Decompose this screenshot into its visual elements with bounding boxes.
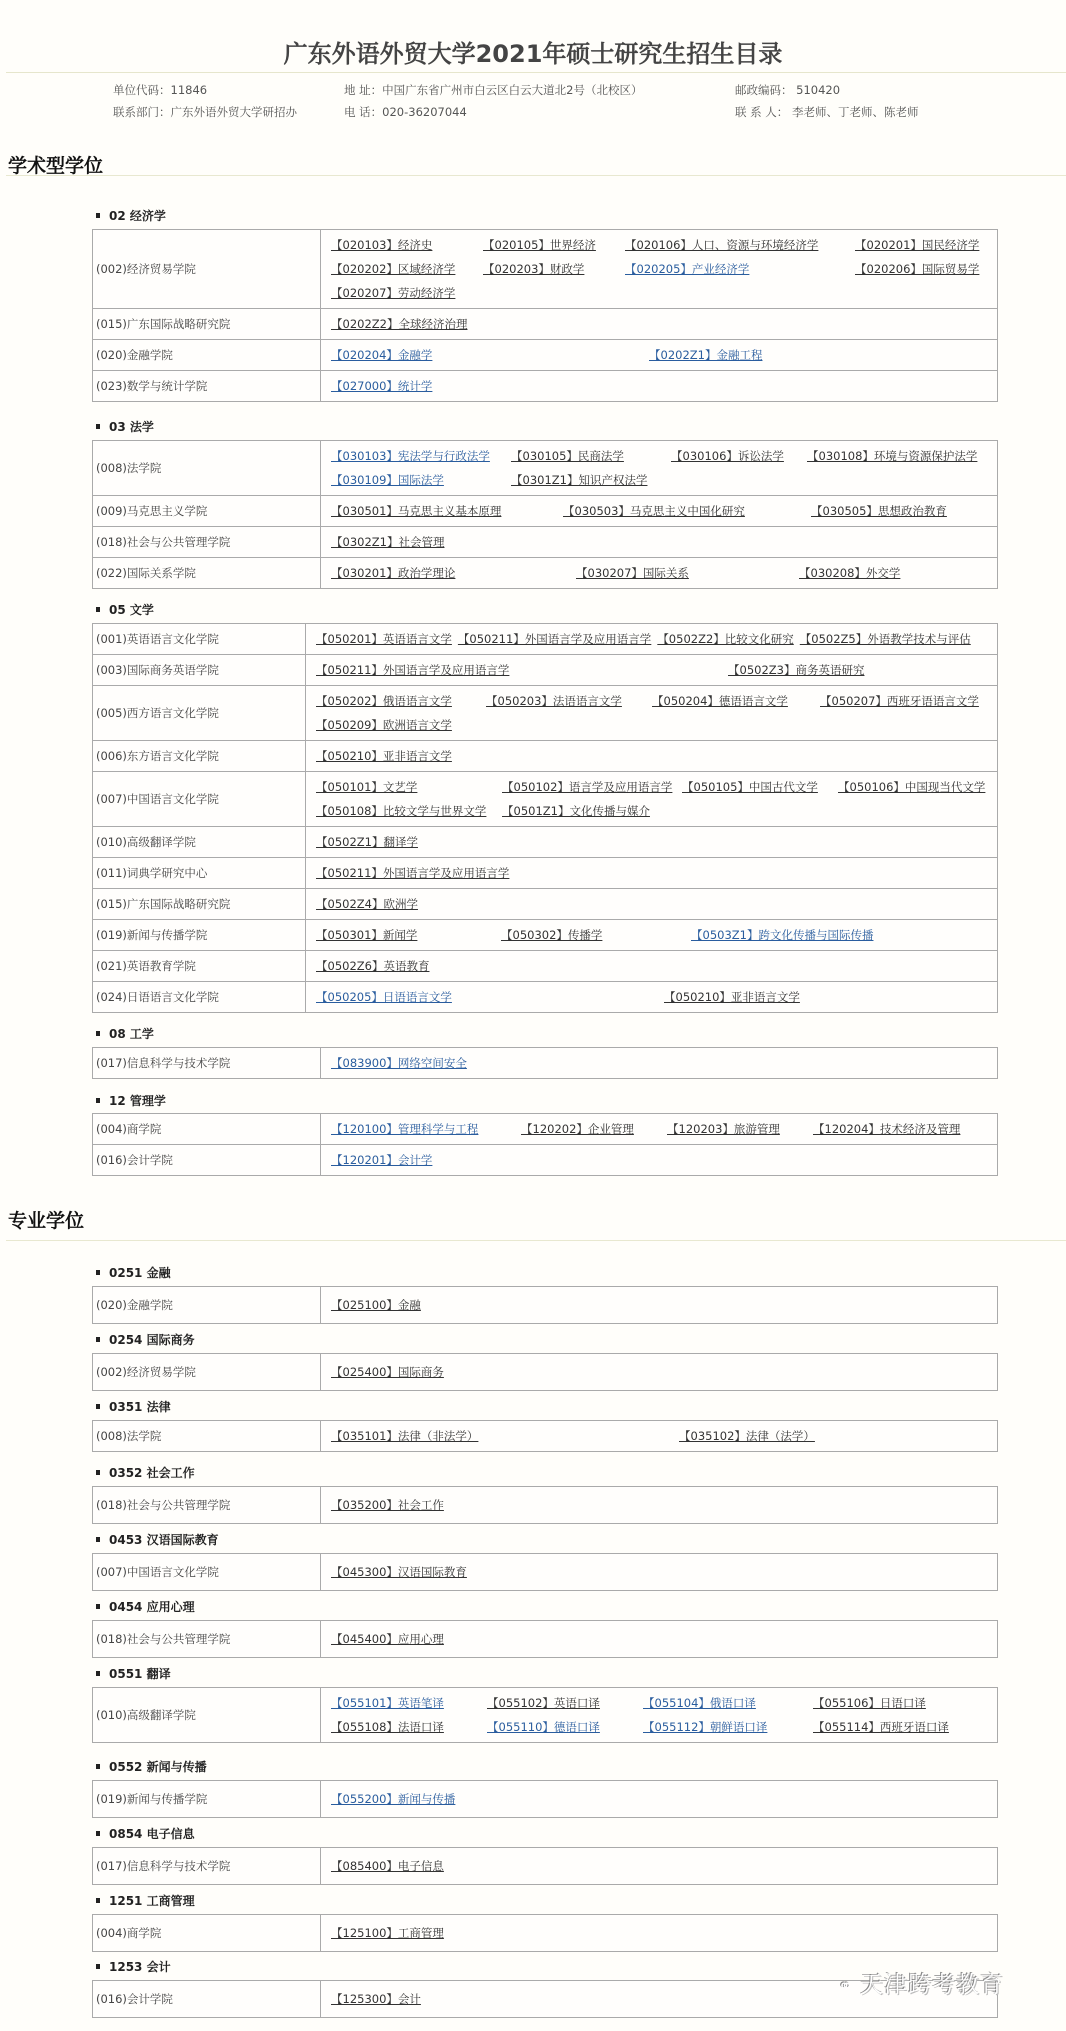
programs-cell: 【045300】汉语国际教育 [321,1554,998,1591]
department-cell: (009)马克思主义学院 [93,496,321,527]
program-table: (020)金融学院【025100】金融 [92,1286,998,1324]
unit-code: 单位代码：11846 [113,82,207,98]
bullet-icon [96,607,100,612]
program-table: (001)英语语言文化学院【050201】英语语言文学【050211】外国语言学… [92,623,998,1013]
category-heading: 0352 社会工作 [96,1464,195,1481]
program-line: 【055200】新闻与传播 [331,1787,997,1811]
category-label: 02 经济学 [109,209,166,223]
program-link[interactable]: 【050302】传播学 [501,927,691,943]
category-label: 08 工学 [109,1027,154,1041]
program-link[interactable]: 【020203】财政学 [483,261,625,277]
department-cell: (001)英语语言文化学院 [93,624,306,655]
program-link[interactable]: 【030505】思想政治教育 [811,503,947,519]
program-line: 【0502Z4】欧洲学 [316,892,997,916]
section-title-professional: 专业学位 [8,1206,84,1233]
program-table: (019)新闻与传播学院【055200】新闻与传播 [92,1780,998,1818]
program-link[interactable]: 【050207】西班牙语语言文学 [820,693,979,709]
table-row: (016)会计学院【120201】会计学 [93,1145,998,1176]
bullet-icon [96,1470,100,1475]
bullet-icon [96,1098,100,1103]
programs-cell: 【050301】新闻学【050302】传播学【0503Z1】跨文化传播与国际传播 [306,920,998,951]
department-cell: (008)法学院 [93,1421,321,1452]
category-heading: 0453 汉语国际教育 [96,1531,219,1548]
program-link[interactable]: 【050210】亚非语言文学 [664,989,800,1005]
program-link[interactable]: 【020206】国际贸易学 [855,261,979,277]
program-link[interactable]: 【0502Z4】欧洲学 [316,896,634,912]
department-cell: (020)金融学院 [93,1287,321,1324]
program-link[interactable]: 【055102】英语口译 [487,1695,643,1711]
page-title: 广东外语外贸大学2021年硕士研究生招生目录 [0,34,1066,69]
program-link[interactable]: 【027000】统计学 [331,378,649,394]
category-heading: 03 法学 [96,418,154,435]
program-line: 【045400】应用心理 [331,1627,997,1651]
program-line: 【030501】马克思主义基本原理【030503】马克思主义中国化研究【0305… [331,499,997,523]
program-link[interactable]: 【050204】德语语言文学 [652,693,820,709]
program-line: 【050211】外国语言学及应用语言学【0502Z3】商务英语研究 [316,658,997,682]
table-row: (020)金融学院【025100】金融 [93,1287,998,1324]
category-label: 0551 翻译 [109,1667,171,1681]
contact-dept: 联系部门：广东外语外贸大学研招办 [113,104,297,120]
programs-cell: 【0502Z6】英语教育 [306,951,998,982]
department-cell: (024)日语语言文化学院 [93,982,306,1013]
department-cell: (003)国际商务英语学院 [93,655,306,686]
table-row: (006)东方语言文化学院【050210】亚非语言文学 [93,741,998,772]
program-line: 【083900】网络空间安全 [331,1051,997,1075]
table-row: (019)新闻与传播学院【055200】新闻与传播 [93,1781,998,1818]
category-heading: 05 文学 [96,601,154,618]
program-link[interactable]: 【050209】欧洲语言文学 [316,717,486,733]
department-cell: (010)高级翻译学院 [93,827,306,858]
bullet-icon [96,1404,100,1409]
program-link[interactable]: 【055112】朝鲜语口译 [643,1719,813,1735]
program-line: 【050101】文艺学【050102】语言学及应用语言学【050105】中国古代… [316,775,997,799]
bullet-icon [96,1964,100,1969]
category-heading: 1251 工商管理 [96,1892,195,1909]
category-heading: 0351 法律 [96,1398,171,1415]
category-heading: 0854 电子信息 [96,1825,195,1842]
program-line: 【0302Z1】社会管理 [331,530,997,554]
programs-cell: 【0202Z2】全球经济治理 [321,309,998,340]
department-cell: (017)信息科学与技术学院 [93,1848,321,1885]
bullet-icon [96,1671,100,1676]
category-heading: 0251 金融 [96,1264,171,1281]
program-table: (017)信息科学与技术学院【085400】电子信息 [92,1847,998,1885]
department-cell: (004)商学院 [93,1915,321,1952]
program-link[interactable]: 【030208】外交学 [799,565,900,581]
program-line: 【050211】外国语言学及应用语言学 [316,861,997,885]
category-label: 0254 国际商务 [109,1333,195,1347]
program-link[interactable]: 【050102】语言学及应用语言学 [502,779,682,795]
section-title-academic: 学术型学位 [8,151,103,178]
program-link[interactable]: 【050108】比较文学与世界文学 [316,803,502,819]
program-link[interactable]: 【0501Z1】文化传播与媒介 [502,803,682,819]
program-line: 【0502Z6】英语教育 [316,954,997,978]
table-row: (005)西方语言文化学院【050202】俄语语言文学【050203】法语语言文… [93,686,998,741]
postcode: 邮政编码： 510420 [735,82,840,98]
department-cell: (017)信息科学与技术学院 [93,1048,321,1079]
category-label: 0552 新闻与传播 [109,1760,207,1774]
programs-cell: 【045400】应用心理 [321,1621,998,1658]
department-cell: (010)高级翻译学院 [93,1688,321,1743]
program-line: 【025400】国际商务 [331,1360,997,1384]
table-row: (023)数学与统计学院【027000】统计学 [93,371,998,402]
programs-cell: 【050211】外国语言学及应用语言学【0502Z3】商务英语研究 [306,655,998,686]
program-line: 【055101】英语笔译【055102】英语口译【055104】俄语口译【055… [331,1691,997,1715]
department-cell: (023)数学与统计学院 [93,371,321,402]
program-line: 【0502Z1】翻译学 [316,830,997,854]
program-line: 【050210】亚非语言文学 [316,744,997,768]
section-divider [6,1240,1066,1241]
category-label: 12 管理学 [109,1094,166,1108]
table-row: (008)法学院【030103】宪法学与行政法学【030105】民商法学【030… [93,441,998,496]
program-line: 【050205】日语语言文学【050210】亚非语言文学 [316,985,997,1009]
bullet-icon [96,1337,100,1342]
program-line: 【035101】法律（非法学）【035102】法律（法学） [331,1424,997,1448]
table-row: (007)中国语言文化学院【045300】汉语国际教育 [93,1554,998,1591]
department-cell: (002)经济贸易学院 [93,1354,321,1391]
category-heading: 08 工学 [96,1025,154,1042]
program-link[interactable]: 【030106】诉讼法学 [671,448,807,464]
programs-cell: 【027000】统计学 [321,371,998,402]
table-row: (018)社会与公共管理学院【0302Z1】社会管理 [93,527,998,558]
program-link[interactable]: 【020201】国民经济学 [855,237,979,253]
table-row: (011)词典学研究中心【050211】外国语言学及应用语言学 [93,858,998,889]
programs-cell: 【050205】日语语言文学【050210】亚非语言文学 [306,982,998,1013]
programs-cell: 【120201】会计学 [321,1145,998,1176]
program-line: 【045300】汉语国际教育 [331,1560,997,1584]
program-line: 【020204】金融学【0202Z1】金融工程 [331,343,997,367]
category-heading: 0454 应用心理 [96,1598,195,1615]
section-divider [6,175,1066,176]
program-link[interactable]: 【055104】俄语口译 [643,1695,813,1711]
table-row: (002)经济贸易学院【020103】经济史【020105】世界经济【02010… [93,230,998,309]
programs-cell: 【085400】电子信息 [321,1848,998,1885]
program-link[interactable]: 【0502Z2】比较文化研究 [657,631,793,647]
program-table: (018)社会与公共管理学院【035200】社会工作 [92,1486,998,1524]
program-link[interactable]: 【020103】经济史 [331,237,483,253]
program-link[interactable]: 【030503】马克思主义中国化研究 [563,503,811,519]
program-link[interactable]: 【050106】中国现当代文学 [838,779,985,795]
category-label: 05 文学 [109,603,154,617]
program-line: 【120201】会计学 [331,1148,997,1172]
programs-cell: 【035200】社会工作 [321,1487,998,1524]
bullet-icon [96,1898,100,1903]
department-cell: (020)金融学院 [93,340,321,371]
programs-cell: 【035101】法律（非法学）【035102】法律（法学） [321,1421,998,1452]
program-link[interactable]: 【030105】民商法学 [511,448,671,464]
bullet-icon [96,1604,100,1609]
programs-cell: 【030501】马克思主义基本原理【030503】马克思主义中国化研究【0305… [321,496,998,527]
bullet-icon [96,1537,100,1542]
programs-cell: 【020204】金融学【0202Z1】金融工程 [321,340,998,371]
program-line: 【025100】金融 [331,1293,997,1317]
category-label: 0251 金融 [109,1266,171,1280]
program-line: 【020207】劳动经济学 [331,281,997,305]
program-table: (002)经济贸易学院【025400】国际商务 [92,1353,998,1391]
phone: 电 话：020-36207044 [344,104,467,120]
program-table: (017)信息科学与技术学院【083900】网络空间安全 [92,1047,998,1079]
program-link[interactable]: 【055101】英语笔译 [331,1695,487,1711]
program-line: 【0202Z2】全球经济治理 [331,312,997,336]
program-link[interactable]: 【020205】产业经济学 [625,261,855,277]
program-link[interactable]: 【025400】国际商务 [331,1364,649,1380]
table-row: (008)法学院【035101】法律（非法学）【035102】法律（法学） [93,1421,998,1452]
program-link[interactable]: 【030201】政治学理论 [331,565,576,581]
program-link[interactable]: 【120202】企业管理 [521,1121,667,1137]
programs-cell: 【083900】网络空间安全 [321,1048,998,1079]
program-line: 【120100】管理科学与工程【120202】企业管理【120203】旅游管理【… [331,1117,997,1141]
programs-cell: 【0502Z1】翻译学 [306,827,998,858]
program-table: (004)商学院【120100】管理科学与工程【120202】企业管理【1202… [92,1113,998,1176]
category-heading: 1253 会计 [96,1958,171,1975]
program-link[interactable]: 【055200】新闻与传播 [331,1791,649,1807]
bullet-icon [96,424,100,429]
table-row: (007)中国语言文化学院【050101】文艺学【050102】语言学及应用语言… [93,772,998,827]
table-row: (004)商学院【125100】工商管理 [93,1915,998,1952]
program-link[interactable]: 【0502Z1】翻译学 [316,834,634,850]
contact-person: 联 系 人： 李老师、丁老师、陈老师 [735,104,918,120]
category-label: 1251 工商管理 [109,1894,195,1908]
program-link[interactable]: 【030103】宪法学与行政法学 [331,448,511,464]
department-cell: (006)东方语言文化学院 [93,741,306,772]
table-row: (022)国际关系学院【030201】政治学理论【030207】国际关系【030… [93,558,998,589]
program-link[interactable]: 【120203】旅游管理 [667,1121,813,1137]
table-row: (015)广东国际战略研究院【0502Z4】欧洲学 [93,889,998,920]
program-link[interactable]: 【0503Z1】跨文化传播与国际传播 [691,927,873,943]
program-link[interactable]: 【0202Z1】金融工程 [649,347,762,363]
department-cell: (007)中国语言文化学院 [93,772,306,827]
program-link[interactable]: 【125100】工商管理 [331,1925,649,1941]
program-link[interactable]: 【025100】金融 [331,1297,649,1313]
program-link[interactable]: 【055108】法语口译 [331,1719,487,1735]
bullet-icon [96,1764,100,1769]
program-line: 【085400】电子信息 [331,1854,997,1878]
table-row: (024)日语语言文化学院【050205】日语语言文学【050210】亚非语言文… [93,982,998,1013]
program-link[interactable]: 【030207】国际关系 [576,565,799,581]
program-link[interactable]: 【020202】区域经济学 [331,261,483,277]
program-table: (010)高级翻译学院【055101】英语笔译【055102】英语口译【0551… [92,1687,998,1743]
programs-cell: 【050201】英语语言文学【050211】外国语言学及应用语言学【0502Z2… [306,624,998,655]
program-link[interactable]: 【050201】英语语言文学 [316,631,452,647]
department-cell: (022)国际关系学院 [93,558,321,589]
program-table: (008)法学院【035101】法律（非法学）【035102】法律（法学） [92,1420,998,1452]
bullet-icon [96,1270,100,1275]
program-line: 【055108】法语口译【055110】德语口译【055112】朝鲜语口译【05… [331,1715,997,1739]
category-heading: 0552 新闻与传播 [96,1758,207,1775]
program-link[interactable]: 【045400】应用心理 [331,1631,649,1647]
table-row: (018)社会与公共管理学院【045400】应用心理 [93,1621,998,1658]
program-link[interactable]: 【030109】国际法学 [331,472,511,488]
department-cell: (019)新闻与传播学院 [93,1781,321,1818]
program-line: 【030201】政治学理论【030207】国际关系【030208】外交学 [331,561,997,585]
program-link[interactable]: 【125300】会计 [331,1991,649,2007]
category-heading: 0551 翻译 [96,1665,171,1682]
department-cell: (004)商学院 [93,1114,321,1145]
title-divider [6,72,1066,73]
table-row: (020)金融学院【020204】金融学【0202Z1】金融工程 [93,340,998,371]
program-link[interactable]: 【050202】俄语语言文学 [316,693,486,709]
category-heading: 12 管理学 [96,1092,166,1109]
program-line: 【020202】区域经济学【020203】财政学【020205】产业经济学【02… [331,257,997,281]
table-row: (021)英语教育学院【0502Z6】英语教育 [93,951,998,982]
program-link[interactable]: 【0502Z3】商务英语研究 [728,662,864,678]
department-cell: (019)新闻与传播学院 [93,920,306,951]
programs-cell: 【0302Z1】社会管理 [321,527,998,558]
category-label: 0854 电子信息 [109,1827,195,1841]
program-link[interactable]: 【050211】外国语言学及应用语言学 [458,631,651,647]
department-cell: (008)法学院 [93,441,321,496]
program-table: (002)经济贸易学院【020103】经济史【020105】世界经济【02010… [92,229,998,402]
program-link[interactable]: 【120100】管理科学与工程 [331,1121,521,1137]
program-line: 【050108】比较文学与世界文学【0501Z1】文化传播与媒介 [316,799,997,823]
program-link[interactable]: 【0301Z1】知识产权法学 [511,472,647,488]
programs-cell: 【050202】俄语语言文学【050203】法语语言文学【050204】德语语言… [306,686,998,741]
table-row: (001)英语语言文化学院【050201】英语语言文学【050211】外国语言学… [93,624,998,655]
programs-cell: 【0502Z4】欧洲学 [306,889,998,920]
program-line: 【125100】工商管理 [331,1921,997,1945]
program-link[interactable]: 【055114】西班牙语口译 [813,1719,949,1735]
program-line: 【050201】英语语言文学【050211】外国语言学及应用语言学【0502Z2… [316,627,997,651]
programs-cell: 【055101】英语笔译【055102】英语口译【055104】俄语口译【055… [321,1688,998,1743]
programs-cell: 【050211】外国语言学及应用语言学 [306,858,998,889]
table-row: (002)经济贸易学院【025400】国际商务 [93,1354,998,1391]
program-link[interactable]: 【035200】社会工作 [331,1497,649,1513]
programs-cell: 【030201】政治学理论【030207】国际关系【030208】外交学 [321,558,998,589]
department-cell: (018)社会与公共管理学院 [93,1487,321,1524]
category-label: 0454 应用心理 [109,1600,195,1614]
department-cell: (011)词典学研究中心 [93,858,306,889]
program-link[interactable]: 【050105】中国古代文学 [682,779,838,795]
program-line: 【027000】统计学 [331,374,997,398]
program-link[interactable]: 【045300】汉语国际教育 [331,1564,649,1580]
program-line: 【050209】欧洲语言文学 [316,713,997,737]
table-row: (019)新闻与传播学院【050301】新闻学【050302】传播学【0503Z… [93,920,998,951]
program-link[interactable]: 【0202Z2】全球经济治理 [331,316,649,332]
program-line: 【020103】经济史【020105】世界经济【020106】人口、资源与环境经… [331,233,997,257]
program-line: 【050301】新闻学【050302】传播学【0503Z1】跨文化传播与国际传播 [316,923,997,947]
wechat-icon: ⚭ [838,1976,854,1997]
programs-cell: 【020103】经济史【020105】世界经济【020106】人口、资源与环境经… [321,230,998,309]
department-cell: (021)英语教育学院 [93,951,306,982]
category-label: 0352 社会工作 [109,1466,195,1480]
category-heading: 0254 国际商务 [96,1331,195,1348]
address: 地 址：中国广东省广州市白云区白云大道北2号（北校区） [344,82,642,98]
program-line: 【050202】俄语语言文学【050203】法语语言文学【050204】德语语言… [316,689,997,713]
program-link[interactable]: 【120201】会计学 [331,1152,649,1168]
program-line: 【035200】社会工作 [331,1493,997,1517]
program-table: (008)法学院【030103】宪法学与行政法学【030105】民商法学【030… [92,440,998,589]
watermark: ⚭天津跨考教育 [838,1966,1004,1999]
program-table: (018)社会与公共管理学院【045400】应用心理 [92,1620,998,1658]
table-row: (010)高级翻译学院【0502Z1】翻译学 [93,827,998,858]
program-link[interactable]: 【0302Z1】社会管理 [331,534,649,550]
bullet-icon [96,1031,100,1036]
programs-cell: 【125100】工商管理 [321,1915,998,1952]
program-link[interactable]: 【050205】日语语言文学 [316,989,664,1005]
programs-cell: 【025100】金融 [321,1287,998,1324]
category-heading: 02 经济学 [96,207,166,224]
table-row: (009)马克思主义学院【030501】马克思主义基本原理【030503】马克思… [93,496,998,527]
programs-cell: 【025400】国际商务 [321,1354,998,1391]
department-cell: (016)会计学院 [93,1145,321,1176]
program-link[interactable]: 【035102】法律（法学） [679,1428,815,1444]
program-link[interactable]: 【030501】马克思主义基本原理 [331,503,563,519]
program-link[interactable]: 【0502Z5】外语教学技术与评估 [800,631,971,647]
program-link[interactable]: 【050203】法语语言文学 [486,693,652,709]
department-cell: (002)经济贸易学院 [93,230,321,309]
programs-cell: 【050101】文艺学【050102】语言学及应用语言学【050105】中国古代… [306,772,998,827]
program-link[interactable]: 【050210】亚非语言文学 [316,748,634,764]
program-link[interactable]: 【035101】法律（非法学） [331,1428,679,1444]
program-link[interactable]: 【055106】日语口译 [813,1695,926,1711]
programs-cell: 【055200】新闻与传播 [321,1781,998,1818]
program-line: 【030109】国际法学【0301Z1】知识产权法学 [331,468,997,492]
program-link[interactable]: 【050101】文艺学 [316,779,502,795]
bullet-icon [96,213,100,218]
program-link[interactable]: 【083900】网络空间安全 [331,1055,649,1071]
department-cell: (016)会计学院 [93,1981,321,2018]
program-line: 【030103】宪法学与行政法学【030105】民商法学【030106】诉讼法学… [331,444,997,468]
table-row: (004)商学院【120100】管理科学与工程【120202】企业管理【1202… [93,1114,998,1145]
program-link[interactable]: 【050301】新闻学 [316,927,501,943]
department-cell: (005)西方语言文化学院 [93,686,306,741]
program-link[interactable]: 【020105】世界经济 [483,237,625,253]
table-row: (017)信息科学与技术学院【083900】网络空间安全 [93,1048,998,1079]
category-label: 1253 会计 [109,1960,171,1974]
bullet-icon [96,1831,100,1836]
program-link[interactable]: 【055110】德语口译 [487,1719,643,1735]
department-cell: (015)广东国际战略研究院 [93,889,306,920]
watermark-text: 天津跨考教育 [860,1972,1004,1998]
table-row: (017)信息科学与技术学院【085400】电子信息 [93,1848,998,1885]
program-link[interactable]: 【0502Z6】英语教育 [316,958,634,974]
department-cell: (018)社会与公共管理学院 [93,1621,321,1658]
program-link[interactable]: 【020204】金融学 [331,347,649,363]
programs-cell: 【120100】管理科学与工程【120202】企业管理【120203】旅游管理【… [321,1114,998,1145]
category-label: 03 法学 [109,420,154,434]
program-link[interactable]: 【120204】技术经济及管理 [813,1121,960,1137]
programs-cell: 【050210】亚非语言文学 [306,741,998,772]
department-cell: (007)中国语言文化学院 [93,1554,321,1591]
program-link[interactable]: 【085400】电子信息 [331,1858,649,1874]
program-link[interactable]: 【020106】人口、资源与环境经济学 [625,237,855,253]
category-label: 0453 汉语国际教育 [109,1533,219,1547]
table-row: (018)社会与公共管理学院【035200】社会工作 [93,1487,998,1524]
category-label: 0351 法律 [109,1400,171,1414]
program-table: (004)商学院【125100】工商管理 [92,1914,998,1952]
program-link[interactable]: 【050211】外国语言学及应用语言学 [316,865,634,881]
program-table: (007)中国语言文化学院【045300】汉语国际教育 [92,1553,998,1591]
table-row: (003)国际商务英语学院【050211】外国语言学及应用语言学【0502Z3】… [93,655,998,686]
program-link[interactable]: 【030108】环境与资源保护法学 [807,448,977,464]
programs-cell: 【030103】宪法学与行政法学【030105】民商法学【030106】诉讼法学… [321,441,998,496]
table-row: (010)高级翻译学院【055101】英语笔译【055102】英语口译【0551… [93,1688,998,1743]
table-row: (015)广东国际战略研究院【0202Z2】全球经济治理 [93,309,998,340]
department-cell: (018)社会与公共管理学院 [93,527,321,558]
program-link[interactable]: 【050211】外国语言学及应用语言学 [316,662,728,678]
program-link[interactable]: 【020207】劳动经济学 [331,285,483,301]
department-cell: (015)广东国际战略研究院 [93,309,321,340]
